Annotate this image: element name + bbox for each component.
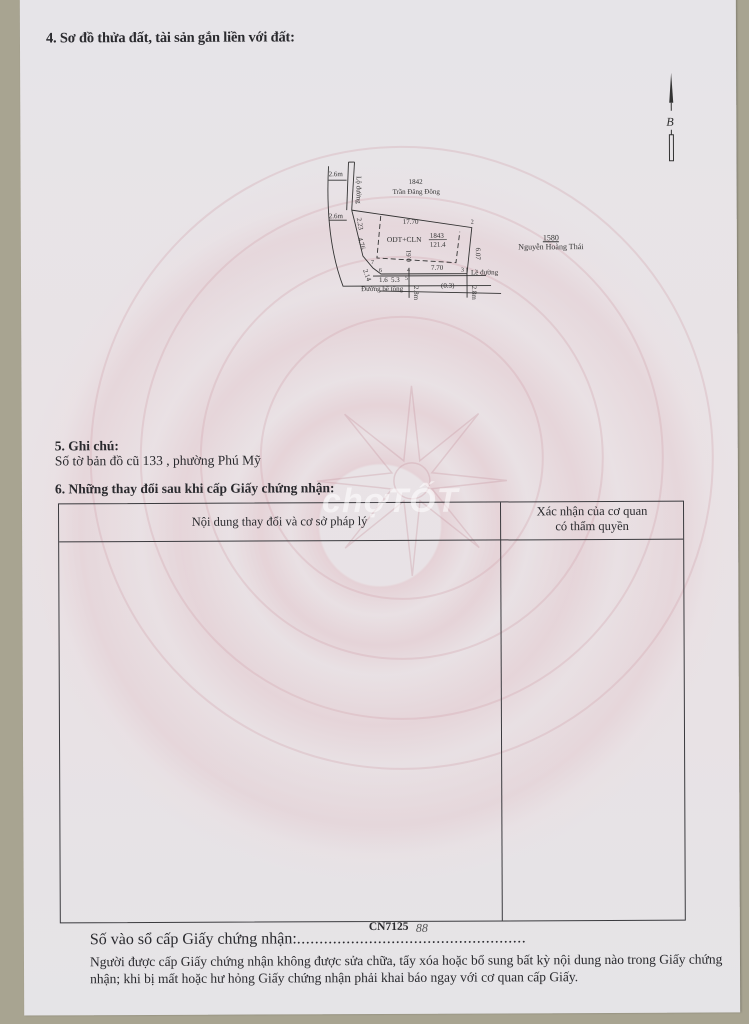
svg-text:2.6m: 2.6m — [329, 212, 344, 220]
svg-text:2.6m: 2.6m — [329, 170, 344, 178]
svg-text:Lộ đường: Lộ đường — [355, 176, 363, 204]
svg-text:Lề đường: Lề đường — [471, 268, 499, 276]
neighbor-parcel-1580: 1580 Nguyễn Hoàng Thái — [501, 233, 601, 251]
svg-text:Đường bê tông: Đường bê tông — [361, 285, 404, 293]
svg-text:4.76: 4.76 — [356, 237, 367, 251]
svg-text:Trần Đăng Đông: Trần Đăng Đông — [393, 188, 441, 196]
svg-text:ODT+CLN: ODT+CLN — [387, 235, 422, 244]
neighbor-owner-name: Nguyễn Hoàng Thái — [501, 242, 601, 251]
svg-text:0.61: 0.61 — [405, 249, 413, 262]
registration-label: Số vào sổ cấp Giấy chứng nhận: — [90, 930, 297, 948]
handwritten-mark: 88 — [416, 921, 428, 936]
svg-text:4: 4 — [407, 268, 410, 274]
section-5-note: Số tờ bản đồ cũ 133 , phường Phú Mỹ — [55, 453, 261, 470]
svg-text:6.07: 6.07 — [474, 248, 482, 261]
svg-text:5: 5 — [405, 276, 408, 282]
svg-text:B: B — [666, 115, 674, 129]
registration-dots: ........................................… — [297, 929, 527, 947]
section-6-title: 6. Những thay đổi sau khi cấp Giấy chứng… — [55, 480, 335, 497]
svg-text:7.70: 7.70 — [431, 264, 444, 272]
table-cell-confirmation — [501, 540, 685, 921]
svg-text:7: 7 — [371, 260, 374, 266]
certificate-page: 4. Sơ đồ thửa đất, tài sản gắn liền với … — [20, 0, 740, 1016]
svg-text:121.4: 121.4 — [430, 241, 446, 249]
registration-number-line: Số vào sổ cấp Giấy chứng nhận:..........… — [90, 929, 526, 949]
confirmation-header-line2: có thẩm quyền — [501, 519, 683, 535]
neighbor-parcel-number: 1580 — [501, 233, 601, 242]
table-cell-content — [59, 540, 502, 922]
column-header-confirmation: Xác nhận của cơ quan có thẩm quyền — [501, 504, 683, 535]
registration-value: CN7125 — [369, 921, 409, 933]
svg-text:2: 2 — [471, 220, 474, 226]
footer-note: Người được cấp Giấy chứng nhận không đượ… — [90, 950, 730, 987]
svg-text:1843: 1843 — [430, 232, 445, 240]
svg-text:2.14: 2.14 — [361, 268, 373, 283]
section-4-title: 4. Sơ đồ thửa đất, tài sản gắn liền với … — [46, 29, 295, 47]
chotot-watermark: chợTỐT — [322, 482, 459, 522]
north-arrow-icon: B — [663, 73, 679, 165]
section-5-title: 5. Ghi chú: — [55, 438, 119, 454]
changes-table: Nội dung thay đổi và cơ sở pháp lý Xác n… — [58, 501, 686, 924]
svg-text:1.6: 1.6 — [379, 276, 388, 284]
svg-text:3: 3 — [461, 268, 464, 274]
svg-text:(0.3): (0.3) — [441, 282, 455, 290]
land-parcel-diagram: 2.6m 2.6m Lộ đường 17.70 6.07 7.70 5.3 1… — [320, 157, 521, 303]
svg-text:6: 6 — [379, 268, 382, 274]
svg-text:1842: 1842 — [409, 178, 424, 186]
svg-text:5.3: 5.3 — [391, 276, 400, 284]
svg-text:2.8m: 2.8m — [470, 286, 478, 301]
confirmation-header-line1: Xác nhận của cơ quan — [501, 504, 683, 520]
svg-text:17.70: 17.70 — [403, 218, 419, 226]
svg-text:2.8m: 2.8m — [412, 286, 420, 301]
